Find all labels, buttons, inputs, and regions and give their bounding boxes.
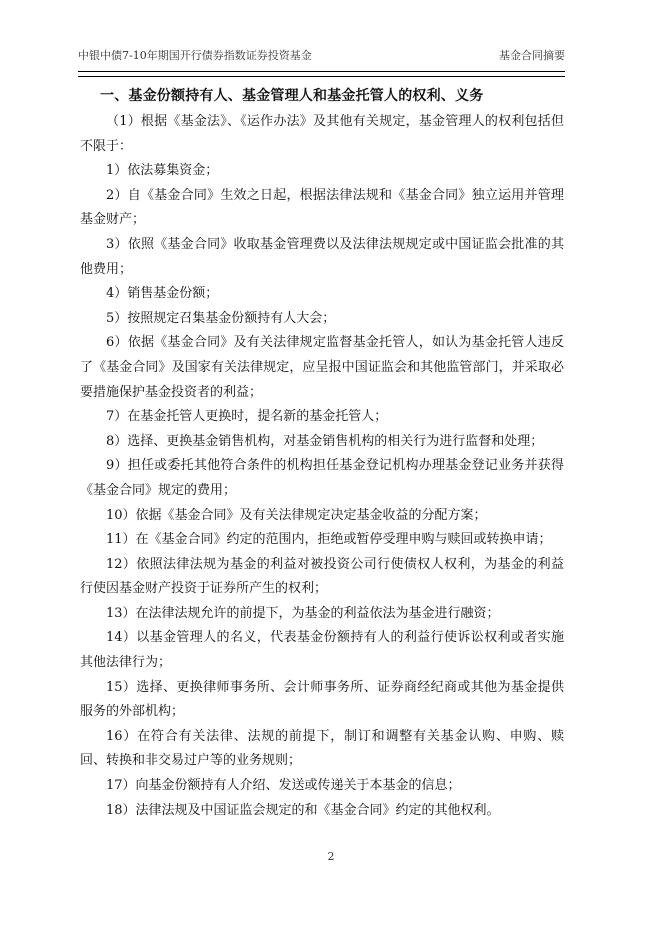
list-item-1: 1）依法募集资金；	[80, 159, 564, 184]
header-fund-name: 中银中债7-10年期国开行债券指数证券投资基金	[78, 47, 312, 63]
list-item-13: 13）在法律法规允许的前提下，为基金的利益依法为基金进行融资；	[80, 602, 564, 627]
header-rule-top	[78, 71, 565, 72]
section-title: 一、基金份额持有人、基金管理人和基金托管人的权利、义务	[100, 82, 564, 110]
list-item-18: 18）法律法规及中国证监会规定的和《基金合同》约定的其他权利。	[80, 799, 564, 824]
header-section-name: 基金合同摘要	[499, 47, 565, 63]
header-rule-bottom	[78, 76, 565, 77]
list-item-17: 17）向基金份额持有人介绍、发送或传递关于本基金的信息；	[80, 774, 564, 799]
list-item-6: 6）依据《基金合同》及有关法律规定监督基金托管人，如认为基金托管人违反了《基金合…	[80, 331, 564, 405]
list-item-3: 3）依照《基金合同》收取基金管理费以及法律法规规定或中国证监会批准的其他费用；	[80, 233, 564, 282]
list-item-7: 7）在基金托管人更换时，提名新的基金托管人；	[80, 405, 564, 430]
list-item-4: 4）销售基金份额；	[80, 282, 564, 307]
list-item-16: 16）在符合有关法律、法规的前提下，制订和调整有关基金认购、申购、赎回、转换和非…	[80, 725, 564, 774]
list-item-12: 12）依照法律法规为基金的利益对被投资公司行使债权人权利，为基金的利益行使因基金…	[80, 553, 564, 602]
document-page: 中银中债7-10年期国开行债券指数证券投资基金 基金合同摘要 一、基金份额持有人…	[0, 0, 662, 936]
list-item-5: 5）按照规定召集基金份额持有人大会；	[80, 307, 564, 332]
list-item-14: 14）以基金管理人的名义，代表基金份额持有人的利益行使诉讼权利或者实施其他法律行…	[80, 626, 564, 675]
list-item-11: 11）在《基金合同》约定的范围内，拒绝或暂停受理申购与赎回或转换申请；	[80, 528, 564, 553]
list-item-2: 2）自《基金合同》生效之日起，根据法律法规和《基金合同》独立运用并管理基金财产；	[80, 184, 564, 233]
list-item-15: 15）选择、更换律师事务所、会计师事务所、证券商经纪商或其他为基金提供服务的外部…	[80, 676, 564, 725]
list-item-8: 8）选择、更换基金销售机构，对基金销售机构的相关行为进行监督和处理；	[80, 430, 564, 455]
page-number: 2	[0, 850, 662, 863]
list-item-10: 10）依据《基金合同》及有关法律规定决定基金收益的分配方案；	[80, 504, 564, 529]
page-body: 一、基金份额持有人、基金管理人和基金托管人的权利、义务 （1）根据《基金法》、《…	[80, 82, 564, 823]
page-header: 中银中债7-10年期国开行债券指数证券投资基金 基金合同摘要	[78, 47, 565, 63]
paragraph-intro: （1）根据《基金法》、《运作办法》及其他有关规定，基金管理人的权利包括但不限于：	[80, 110, 564, 159]
list-item-9: 9）担任或委托其他符合条件的机构担任基金登记机构办理基金登记业务并获得《基金合同…	[80, 454, 564, 503]
